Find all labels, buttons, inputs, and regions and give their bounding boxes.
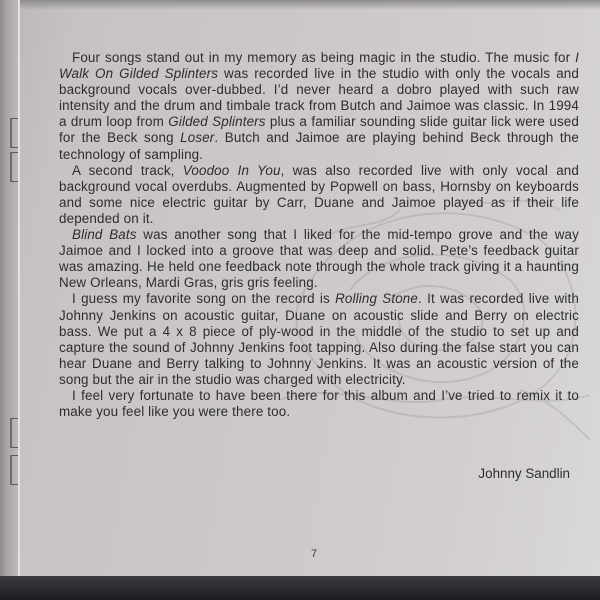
- text-run: I feel very fortunate to have been there…: [59, 388, 579, 419]
- song-title: Loser: [180, 130, 214, 145]
- essay-body: Four songs stand out in my memory as bei…: [59, 50, 579, 420]
- booklet-binding: [0, 0, 18, 576]
- paragraph: A second track, Voodoo In You, was also …: [59, 163, 579, 227]
- song-title: Gilded Splinters: [168, 114, 265, 129]
- staple-icon: [10, 152, 18, 182]
- paragraph: Blind Bats was another song that I liked…: [59, 227, 579, 291]
- text-run: was another song that I liked for the mi…: [59, 227, 579, 290]
- text-run: Four songs stand out in my memory as bei…: [72, 50, 575, 65]
- staple-icon: [10, 418, 18, 448]
- author-signature: Johnny Sandlin: [478, 466, 570, 481]
- song-title: Rolling Stone: [335, 291, 418, 306]
- dark-surface: [0, 576, 600, 600]
- song-title: Blind Bats: [72, 227, 137, 242]
- paragraph: I feel very fortunate to have been there…: [59, 388, 579, 420]
- song-title: Voodoo In You: [183, 163, 281, 178]
- page-fold: [18, 0, 20, 576]
- page-number: 7: [311, 548, 317, 560]
- top-shadow: [20, 0, 600, 10]
- paragraph: Four songs stand out in my memory as bei…: [59, 50, 579, 163]
- text-run: I guess my favorite song on the record i…: [72, 291, 335, 306]
- staple-icon: [10, 455, 18, 485]
- staple-icon: [10, 118, 18, 148]
- booklet-page: Four songs stand out in my memory as bei…: [0, 0, 600, 576]
- text-run: A second track,: [72, 163, 183, 178]
- paragraph: I guess my favorite song on the record i…: [59, 291, 579, 388]
